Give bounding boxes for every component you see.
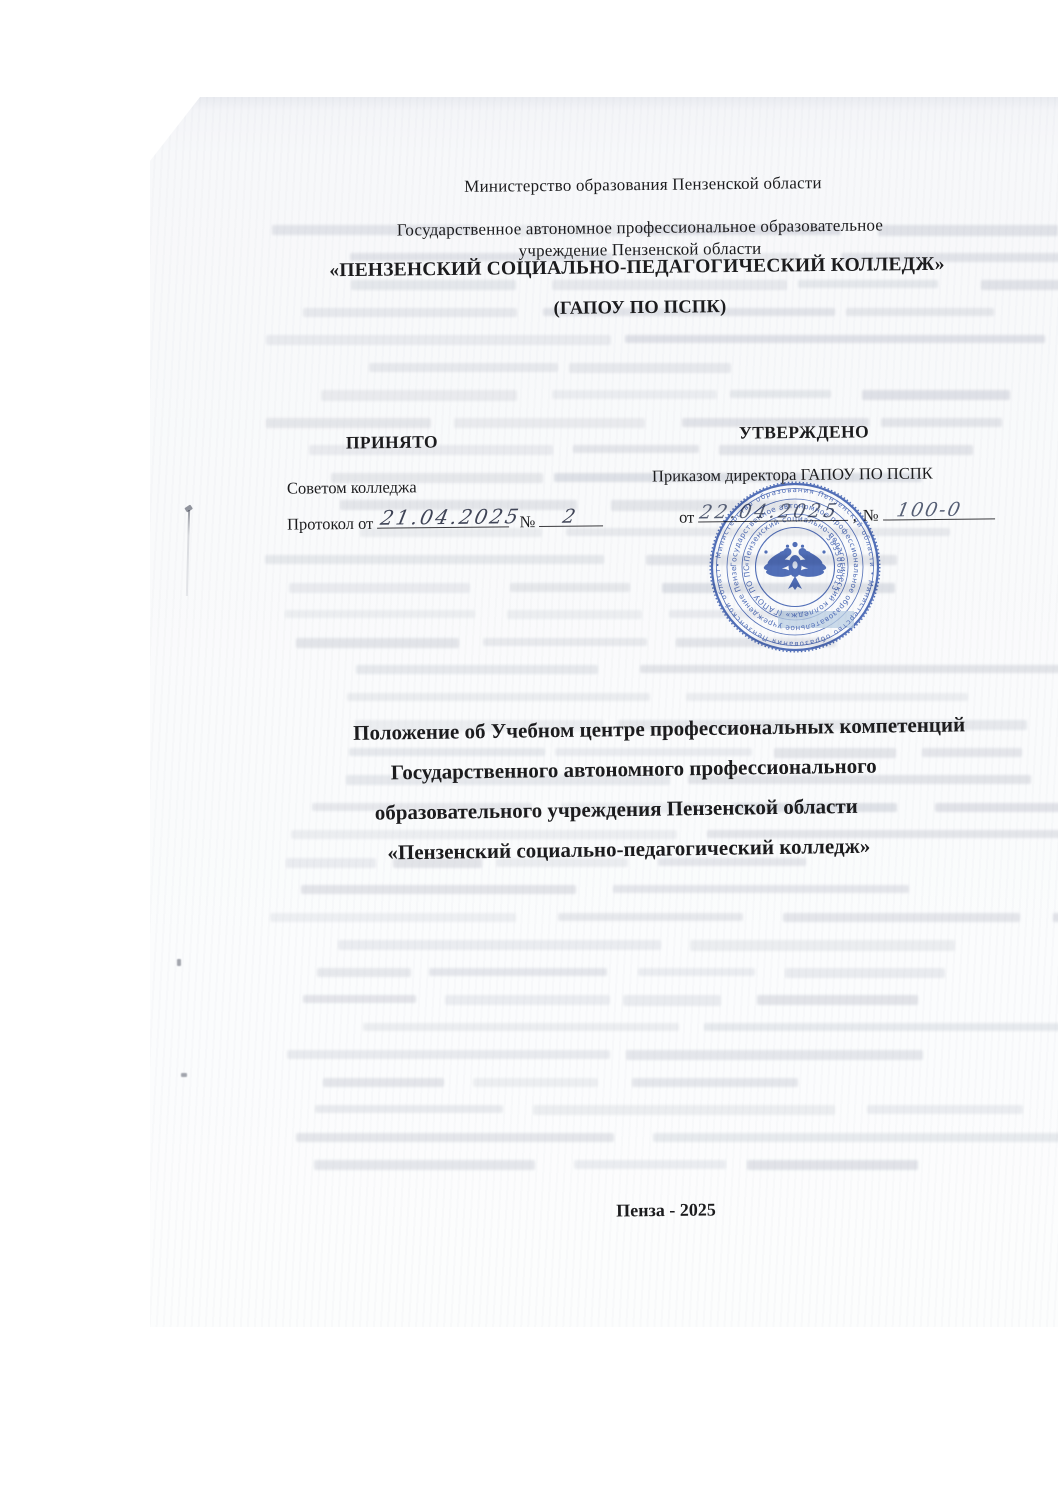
double-headed-eagle-icon — [763, 542, 827, 590]
scan-speck — [181, 1073, 187, 1077]
bleed-through-line — [287, 1050, 961, 1060]
bleed-through-line — [321, 390, 1033, 401]
approved-no-handwritten: 100-0 — [894, 499, 963, 522]
org-abbr: (ГАПОУ ПО ПСПК) — [186, 293, 1058, 324]
accepted-date-underline: 21.04.2025 — [377, 506, 509, 528]
accepted-title: ПРИНЯТО — [292, 431, 492, 454]
city-year: Пенза - 2025 — [566, 1199, 766, 1222]
scan-background: Министерство образования Пензенской обла… — [0, 0, 1058, 1497]
bleed-through-line — [338, 940, 981, 951]
bleed-through-line — [369, 363, 767, 374]
bleed-through-line — [303, 995, 931, 1006]
scan-speck — [177, 959, 181, 966]
bleed-through-line — [347, 693, 1001, 702]
bleed-through-line — [266, 418, 1040, 429]
document-page: Министерство образования Пензенской обла… — [150, 97, 1058, 1327]
bleed-through-line — [317, 968, 964, 979]
bleed-through-line — [301, 885, 932, 894]
bleed-through-line — [351, 280, 1058, 290]
bleed-through-line — [314, 1160, 934, 1170]
approved-prefix: от — [679, 507, 694, 526]
accepted-no-underline: 2 — [539, 505, 603, 527]
accepted-date-handwritten: 21.04.2025 — [379, 504, 523, 530]
accepted-protocol-line: Протокол от 21.04.2025 № 2 — [287, 505, 604, 534]
ministry-line: Министерство образования Пензенской обла… — [189, 170, 1058, 200]
approved-title: УТВЕРЖДЕНО — [704, 421, 904, 444]
accepted-no-handwritten: 2 — [561, 506, 580, 528]
bleed-through-line — [363, 1023, 1058, 1032]
bleed-through-line — [323, 1078, 819, 1088]
bleed-through-line — [356, 665, 1058, 674]
accepted-prefix: Протокол от — [287, 514, 373, 534]
bleed-through-line — [296, 1133, 1058, 1143]
approved-no-underline: 100-0 — [882, 498, 994, 520]
bleed-through-line — [270, 913, 1058, 923]
accepted-no-label: № — [519, 512, 535, 531]
document-title: Положение об Учебном центре профессионал… — [179, 703, 1058, 876]
bleed-through-line — [315, 1105, 1052, 1115]
bleed-through-line — [266, 335, 1058, 345]
scan-scratch-artifact — [186, 510, 190, 596]
accepted-by: Советом колледжа — [287, 477, 417, 498]
college-round-stamp: • Министерство образования Пензенской об… — [707, 479, 883, 655]
